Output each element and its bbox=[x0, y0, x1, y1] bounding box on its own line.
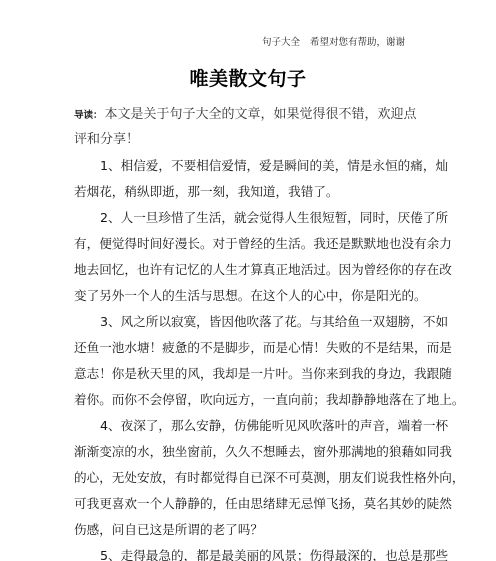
paragraph-line: 意志！你是秋天里的风，我却是一片叶。当你来到我的身边，我跟随 bbox=[74, 361, 426, 387]
document-page: 句子大全希望对您有帮助，谢谢 唯美散文句子 导读：本文是关于句子大全的文章，如果… bbox=[0, 0, 496, 561]
intro-text: 本文是关于句子大全的文章，如果觉得很不错，欢迎点 bbox=[105, 107, 417, 122]
paragraph-line: 可我更喜欢一个人静静的，任由思绪肆无忌惮飞扬，莫名其妙的陡然 bbox=[74, 491, 426, 517]
paragraph-line: 若烟花，稍纵即逝，那一刻，我知道，我错了。 bbox=[74, 179, 426, 205]
intro-paragraph: 导读：本文是关于句子大全的文章，如果觉得很不错，欢迎点 评和分享！ bbox=[74, 101, 426, 153]
paragraph-line: 伤感，问自已这是所谓的老了吗？ bbox=[74, 517, 426, 543]
intro-line: 导读：本文是关于句子大全的文章，如果觉得很不错，欢迎点 bbox=[74, 101, 426, 127]
paragraph-line: 有，便觉得时间好漫长。对于曾经的生活。我还是默默地也没有余力 bbox=[74, 231, 426, 257]
document-title: 唯美散文句子 bbox=[0, 66, 496, 92]
paragraph-2: 2、人一旦珍惜了生活，就会觉得人生很短暂，同时，厌倦了所 有，便觉得时间好漫长。… bbox=[74, 205, 426, 309]
paragraph-line: 5、走得最急的，都是最美丽的风景；伤得最深的，也总是那些 bbox=[74, 543, 426, 561]
paragraph-line: 4、夜深了，那么安静，仿佛能听见风吹落叶的声音，端着一杯 bbox=[74, 413, 426, 439]
paragraph-line: 变了另外一个人的生活与思想。在这个人的心中，你是阳光的。 bbox=[74, 283, 426, 309]
paragraph-line: 地去回忆，也许有记忆的人生才算真正地活过。因为曾经你的存在改 bbox=[74, 257, 426, 283]
paragraph-line: 渐渐变凉的水，独坐窗前，久久不想睡去，窗外那满地的狼藉如同我 bbox=[74, 439, 426, 465]
page-header: 句子大全希望对您有帮助，谢谢 bbox=[262, 36, 405, 50]
paragraph-line: 1、相信爱，不要相信爱情，爱是瞬间的美，情是永恒的痛，灿 bbox=[74, 153, 426, 179]
paragraph-3: 3、风之所以寂寞，皆因他吹落了花。与其给鱼一双翅膀，不如 还鱼一池水塘！疲惫的不… bbox=[74, 309, 426, 413]
intro-label: 导读： bbox=[74, 110, 103, 121]
paragraph-5: 5、走得最急的，都是最美丽的风景；伤得最深的，也总是那些 bbox=[74, 543, 426, 561]
paragraph-1: 1、相信爱，不要相信爱情，爱是瞬间的美，情是永恒的痛，灿 若烟花，稍纵即逝，那一… bbox=[74, 153, 426, 205]
paragraph-line: 3、风之所以寂寞，皆因他吹落了花。与其给鱼一双翅膀，不如 bbox=[74, 309, 426, 335]
paragraph-line: 2、人一旦珍惜了生活，就会觉得人生很短暂，同时，厌倦了所 bbox=[74, 205, 426, 231]
document-body: 导读：本文是关于句子大全的文章，如果觉得很不错，欢迎点 评和分享！ 1、相信爱，… bbox=[74, 101, 426, 561]
header-site-name: 句子大全 bbox=[262, 37, 300, 48]
paragraph-line: 的心，无处安放，有时都觉得自已深不可莫测，朋友们说我性格外向， bbox=[74, 465, 426, 491]
paragraph-line: 还鱼一池水塘！疲惫的不是脚步，而是心情！失败的不是结果，而是 bbox=[74, 335, 426, 361]
paragraph-4: 4、夜深了，那么安静，仿佛能听见风吹落叶的声音，端着一杯 渐渐变凉的水，独坐窗前… bbox=[74, 413, 426, 543]
intro-line: 评和分享！ bbox=[74, 127, 426, 153]
paragraph-line: 着你。而你不会停留，吹向远方，一直向前；我却静静地落在了地上。 bbox=[74, 387, 426, 413]
header-note-text: 希望对您有帮助，谢谢 bbox=[310, 37, 405, 48]
